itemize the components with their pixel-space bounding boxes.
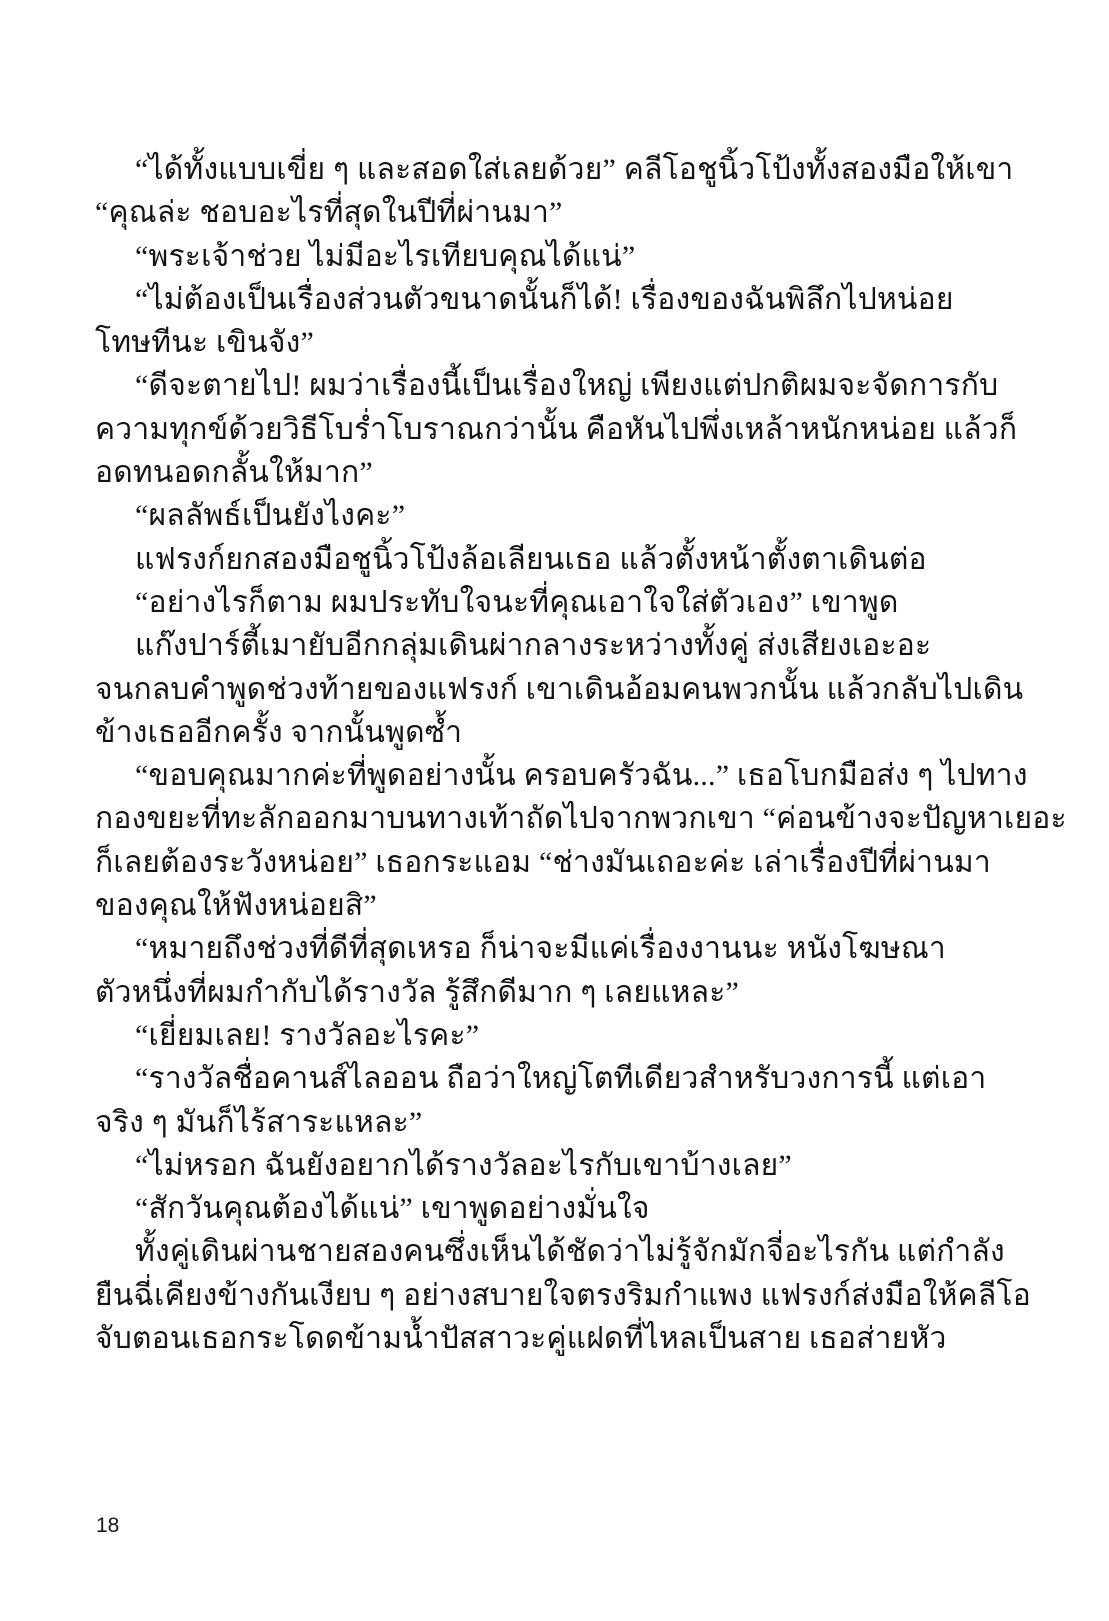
body-text-line: จนกลบคำพูดช่วงท้ายของแฟรงก์ เขาเดินอ้อมค… xyxy=(95,668,1025,711)
body-text-line: ตัวหนึ่งที่ผมกำกับได้รางวัล รู้สึกดีมาก … xyxy=(95,971,1025,1014)
body-text-line: “ไม่หรอก ฉันยังอยากได้รางวัลอะไรกับเขาบ้… xyxy=(95,1144,1025,1187)
body-text-line: จริง ๆ มันก็ไร้สาระแหละ” xyxy=(95,1101,1025,1144)
book-page: “ได้ทั้งแบบเขี่ย ๆ และสอดใส่เลยด้วย” คลี… xyxy=(0,0,1109,1621)
body-text-line: แก๊งปาร์ตี้เมายับอีกกลุ่มเดินผ่ากลางระหว… xyxy=(95,624,1025,667)
body-text-line: “ได้ทั้งแบบเขี่ย ๆ และสอดใส่เลยด้วย” คลี… xyxy=(95,148,1025,191)
body-text-line: ความทุกข์ด้วยวิธีโบร่ำโบราณกว่านั้น คือห… xyxy=(95,408,1025,451)
body-text-line: “เยี่ยมเลย! รางวัลอะไรคะ” xyxy=(95,1014,1025,1057)
body-text-line: “พระเจ้าช่วย ไม่มีอะไรเทียบคุณได้แน่” xyxy=(95,235,1025,278)
body-text-line: อดทนอดกลั้นให้มาก” xyxy=(95,451,1025,494)
body-text-line: ยืนฉี่เคียงข้างกันเงียบ ๆ อย่างสบายใจตรง… xyxy=(95,1274,1025,1317)
page-text: “ได้ทั้งแบบเขี่ย ๆ และสอดใส่เลยด้วย” คลี… xyxy=(95,148,1025,1360)
body-text-line: “คุณล่ะ ชอบอะไรที่สุดในปีที่ผ่านมา” xyxy=(95,191,1025,234)
body-text-line: “รางวัลชื่อคานส์ไลออน ถือว่าใหญ่โตทีเดีย… xyxy=(95,1057,1025,1100)
body-text-line: จับตอนเธอกระโดดข้ามน้ำปัสสาวะคู่แฝดที่ไห… xyxy=(95,1317,1025,1360)
body-text-line: แฟรงก์ยกสองมือชูนิ้วโป้งล้อเลียนเธอ แล้ว… xyxy=(95,538,1025,581)
body-text-line: “ผลลัพธ์เป็นยังไงคะ” xyxy=(95,494,1025,537)
body-text-line: ก็เลยต้องระวังหน่อย” เธอกระแอม “ช่างมันเ… xyxy=(95,841,1025,884)
body-text-line: โทษทีนะ เขินจัง” xyxy=(95,321,1025,364)
body-text-line: “ขอบคุณมากค่ะที่พูดอย่างนั้น ครอบครัวฉัน… xyxy=(95,754,1025,797)
page-number: 18 xyxy=(96,1514,119,1538)
body-text-line: “ไม่ต้องเป็นเรื่องส่วนตัวขนาดนั้นก็ได้! … xyxy=(95,278,1025,321)
body-text-line: ของคุณให้ฟังหน่อยสิ” xyxy=(95,884,1025,927)
body-text-line: “สักวันคุณต้องได้แน่” เขาพูดอย่างมั่นใจ xyxy=(95,1187,1025,1230)
body-text-line: ข้างเธออีกครั้ง จากนั้นพูดซ้ำ xyxy=(95,711,1025,754)
body-text-line: กองขยะที่ทะลักออกมาบนทางเท้าถัดไปจากพวกเ… xyxy=(95,797,1025,840)
body-text-line: ทั้งคู่เดินผ่านชายสองคนซึ่งเห็นได้ชัดว่า… xyxy=(95,1230,1025,1273)
body-text-line: “หมายถึงช่วงที่ดีที่สุดเหรอ ก็น่าจะมีแค่… xyxy=(95,927,1025,970)
body-text-line: “อย่างไรก็ตาม ผมประทับใจนะที่คุณเอาใจใส่… xyxy=(95,581,1025,624)
body-text-line: “ดีจะตายไป! ผมว่าเรื่องนี้เป็นเรื่องใหญ่… xyxy=(95,364,1025,407)
